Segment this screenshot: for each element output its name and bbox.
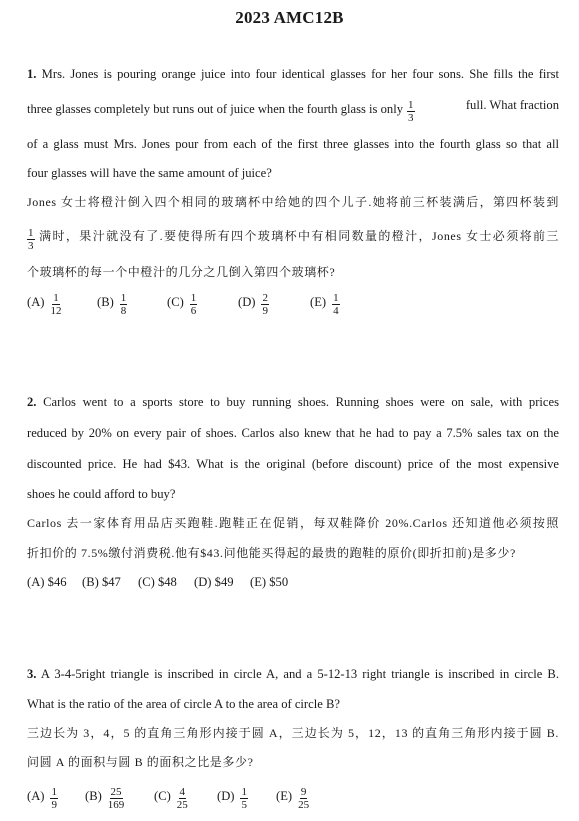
problem-2-zh-line-1: Carlos 去一家体育用品店买跑鞋.跑鞋正在促销，每双鞋降价 20%.Carl… bbox=[27, 515, 559, 531]
problem-3-line-2: What is the ratio of the area of circle … bbox=[27, 696, 559, 712]
problem-2-zh-line-2: 折扣价的 7.5%缴付消费税.他有$43.问他能买得起的最贵的跑鞋的原价(即折扣… bbox=[27, 545, 559, 561]
problem-1-zh-line-3: 个玻璃杯的每一个中橙汁的几分之几倒入第四个玻璃杯? bbox=[27, 264, 559, 280]
problem-number: 1. bbox=[27, 67, 36, 81]
problem-2-line-1: 2. Carlos went to a sports store to buy … bbox=[27, 394, 559, 410]
choice-a[interactable]: (A)112 bbox=[27, 290, 97, 314]
choice-a[interactable]: (A)19 bbox=[27, 784, 85, 808]
problem-3-line-1: 3. A 3-4-5right triangle is inscribed in… bbox=[27, 666, 559, 682]
choice-e[interactable]: (E)14 bbox=[310, 290, 344, 314]
choice-d[interactable]: (D) $49 bbox=[194, 575, 250, 590]
problem-1-zh-line-2: 13 满时，果汁就没有了.要使得所有四个玻璃杯中有相同数量的橙汁，Jones 女… bbox=[27, 224, 559, 248]
choice-b[interactable]: (B)25169 bbox=[85, 784, 154, 808]
answer-choices: (A)112 (B)18 (C)16 (D)29 (E)14 bbox=[27, 290, 344, 314]
page-title: 2023 AMC12B bbox=[0, 8, 579, 28]
fraction: 13 bbox=[407, 100, 415, 124]
problem-number: 3. bbox=[27, 667, 36, 681]
answer-choices: (A)19 (B)25169 (C)425 (D)15 (E)925 bbox=[27, 784, 313, 808]
problem-2-line-2: reduced by 20% on every pair of shoes. C… bbox=[27, 425, 559, 441]
choice-d[interactable]: (D)29 bbox=[238, 290, 310, 314]
choice-e[interactable]: (E)925 bbox=[276, 784, 313, 808]
problem-1-line-4: four glasses will have the same amount o… bbox=[27, 165, 559, 181]
problem-1-zh-line-1: Jones 女士将橙汁倒入四个相同的玻璃杯中给她的四个儿子.她将前三杯装满后，第… bbox=[27, 194, 559, 210]
choice-c[interactable]: (C)425 bbox=[154, 784, 217, 808]
problem-3-zh-line-2: 问圆 A 的面积与圆 B 的面积之比是多少? bbox=[27, 754, 559, 770]
problem-1-line-2: three glasses completely but runs out of… bbox=[27, 97, 559, 121]
problem-3-zh-line-1: 三边长为 3，4，5 的直角三角形内接于圆 A，三边长为 5，12，13 的直角… bbox=[27, 725, 559, 741]
choice-d[interactable]: (D)15 bbox=[217, 784, 276, 808]
fraction: 13 bbox=[27, 228, 35, 252]
choice-c[interactable]: (C) $48 bbox=[138, 575, 194, 590]
choice-c[interactable]: (C)16 bbox=[167, 290, 238, 314]
problem-number: 2. bbox=[27, 395, 36, 409]
choice-a[interactable]: (A) $46 bbox=[27, 575, 82, 590]
choice-e[interactable]: (E) $50 bbox=[250, 575, 288, 590]
problem-2-line-3: discounted price. He had $43. What is th… bbox=[27, 456, 559, 472]
problem-1-line-1: 1. Mrs. Jones is pouring orange juice in… bbox=[27, 66, 559, 82]
answer-choices: (A) $46 (B) $47 (C) $48 (D) $49 (E) $50 bbox=[27, 575, 288, 590]
problem-1-line-3: of a glass must Mrs. Jones pour from eac… bbox=[27, 136, 559, 152]
problem-2-line-4: shoes he could afford to buy? bbox=[27, 486, 559, 502]
choice-b[interactable]: (B)18 bbox=[97, 290, 167, 314]
choice-b[interactable]: (B) $47 bbox=[82, 575, 138, 590]
